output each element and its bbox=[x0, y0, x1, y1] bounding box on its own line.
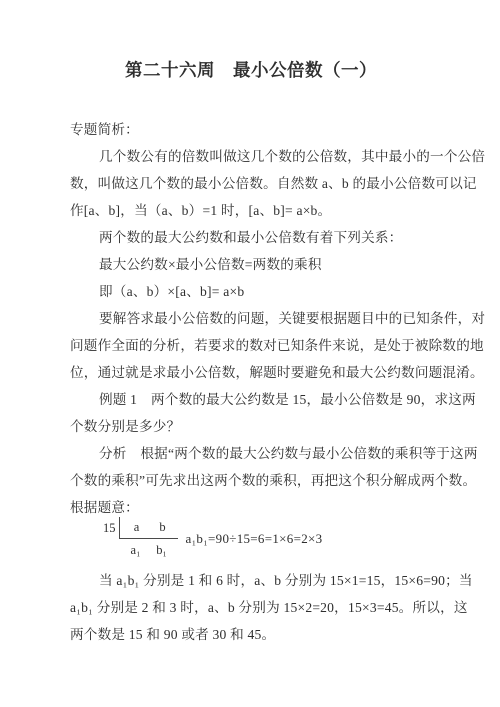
method-line-2: 问题作全面的分析，若要求的数对已知条件来说，是处于被除数的地 bbox=[70, 332, 432, 359]
figure-term-b1: b₁ bbox=[149, 540, 175, 560]
intro-line-3: 作[a、b]，当（a、b）=1 时，[a、b]= a×b。 bbox=[70, 197, 432, 224]
relation-line-2: 最大公约数×最小公倍数=两数的乘积 bbox=[70, 251, 432, 278]
solution-line-2: a₁b₁ 分别是 2 和 3 时，a、b 分别为 15×2=20，15×3=45… bbox=[70, 594, 432, 621]
document-page: 第二十六周 最小公倍数（一） 专题简析： 几个数公有的倍数叫做这几个数的公倍数，… bbox=[0, 0, 500, 707]
example1-line-2: 个数分别是多少？ bbox=[70, 413, 432, 440]
figure-bracket: a b a₁ b₁ bbox=[119, 517, 178, 560]
solution-line-3: 两个数是 15 和 90 或者 30 和 45。 bbox=[70, 621, 432, 648]
intro-line-2: 数，叫做这几个数的最小公倍数。自然数 a、b 的最小公倍数可以记 bbox=[70, 170, 432, 197]
analysis-line-2: 个数的乘积”可先求出这两个数的乘积，再把这个积分解成两个数。 bbox=[70, 467, 432, 494]
figure-term-b: b bbox=[150, 517, 176, 537]
relation-line-1: 两个数的最大公约数和最小公倍数有着下列关系： bbox=[70, 224, 432, 251]
relation-line-3: 即（a、b）×[a、b]= a×b bbox=[70, 278, 432, 305]
method-line-1: 要解答求最小公倍数的问题，关键要根据题目中的已知条件，对 bbox=[70, 305, 432, 332]
figure-equation: a₁b₁=90÷15=6=1×6=2×3 bbox=[178, 517, 323, 561]
intro-line-1: 几个数公有的倍数叫做这几个数的公倍数，其中最小的一个公倍 bbox=[70, 143, 432, 170]
page-title: 第二十六周 最小公倍数（一） bbox=[70, 58, 432, 82]
section-label: 专题简析： bbox=[70, 116, 432, 143]
figure-term-a1: a₁ bbox=[123, 540, 149, 560]
example1-line-1: 例题 1 两个数的最大公约数是 15，最小公倍数是 90，求这两 bbox=[70, 386, 432, 413]
figure-divisor: 15 bbox=[103, 517, 119, 539]
figure-bottom-row: a₁ b₁ bbox=[119, 539, 178, 560]
division-figure: 15 a b a₁ b₁ a₁b₁=90÷15=6=1×6=2×3 bbox=[103, 517, 432, 565]
analysis-line-1: 分析 根据“两个数的最大公约数与最小公倍数的乘积等于这两 bbox=[70, 440, 432, 467]
method-line-3: 位，通过就是求最小公倍数，解题时要避免和最大公约数问题混淆。 bbox=[70, 359, 432, 386]
figure-top-row: a b bbox=[119, 517, 178, 539]
solution-line-1: 当 a₁b₁ 分别是 1 和 6 时，a、b 分别为 15×1=15，15×6=… bbox=[70, 567, 432, 594]
figure-term-a: a bbox=[124, 517, 150, 537]
